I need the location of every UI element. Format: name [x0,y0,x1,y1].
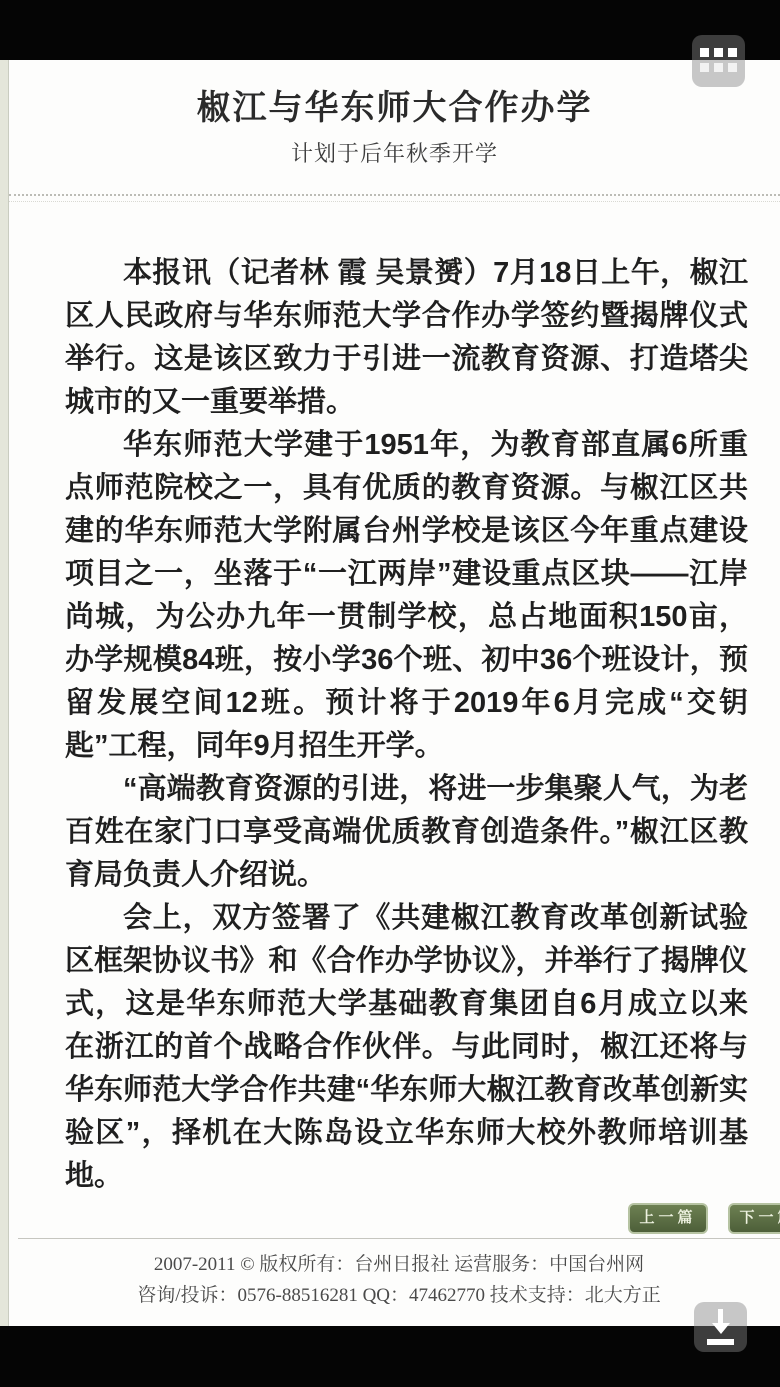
next-article-button[interactable]: 下一篇 [728,1203,780,1234]
page-title: 椒江与华东师大合作办学 [9,86,780,130]
screenshot-root: { "header": { "title": "椒江与华东师大合作办学", "s… [0,0,780,1387]
phone-screenshot: 椒江与华东师大合作办学 计划于后年秋季开学 本报讯（记者林 霞 吴景赟）7月18… [0,0,780,1387]
article-body: 本报讯（记者林 霞 吴景赟）7月18日上午，椒江区人民政府与华东师范大学合作办学… [9,252,780,1198]
download-button[interactable] [694,1302,747,1352]
grid-dots-icon [700,48,737,72]
bottom-black-bar [0,1326,780,1387]
title-separator [9,194,780,202]
paragraph-1: 本报讯（记者林 霞 吴景赟）7月18日上午，椒江区人民政府与华东师范大学合作办学… [65,252,748,424]
footer-copyright: 2007-2011 © 版权所有：台州日报社 运营服务：中国台州网 [18,1249,780,1280]
more-options-button[interactable] [692,35,745,87]
paragraph-2: 华东师范大学建于1951年，为教育部直属6所重点师范院校之一，具有优质的教育资源… [65,424,748,768]
article-page: 椒江与华东师大合作办学 计划于后年秋季开学 本报讯（记者林 霞 吴景赟）7月18… [0,60,780,1326]
paragraph-4: 会上，双方签署了《共建椒江教育改革创新试验区框架协议书》和《合作办学协议》，并举… [65,897,748,1198]
page-left-edge [0,60,9,1326]
download-icon [694,1302,747,1352]
top-black-bar [0,0,780,60]
page-content: 椒江与华东师大合作办学 计划于后年秋季开学 本报讯（记者林 霞 吴景赟）7月18… [9,60,780,1326]
page-footer: 2007-2011 © 版权所有：台州日报社 运营服务：中国台州网 咨询/投诉：… [18,1238,780,1326]
footer-contact: 咨询/投诉：0576-88516281 QQ：47462770 技术支持：北大方… [18,1280,780,1311]
prev-article-button[interactable]: 上一篇 [628,1203,708,1234]
page-subtitle: 计划于后年秋季开学 [9,140,780,168]
paragraph-3: “高端教育资源的引进，将进一步集聚人气，为老百姓在家门口享受高端优质教育创造条件… [65,768,748,897]
